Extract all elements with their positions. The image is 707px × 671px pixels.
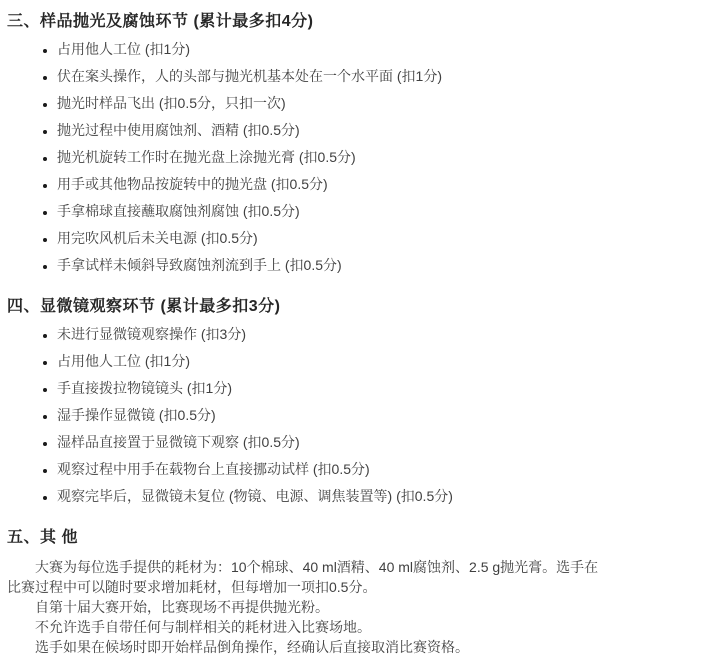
list-item: 观察完毕后，显微镜未复位 (物镜、电源、调焦装置等) (扣0.5分) <box>57 488 705 504</box>
section-polishing-heading: 三、样品抛光及腐蚀环节 (累计最多扣4分) <box>7 11 705 32</box>
list-item: 占用他人工位 (扣1分) <box>57 353 705 369</box>
section-other-heading: 五、其 他 <box>7 527 705 548</box>
other-paragraphs: 大赛为每位选手提供的耗材为：10个棉球、40 ml酒精、40 ml腐蚀剂、2.5… <box>7 557 705 657</box>
list-item: 手拿棉球直接蘸取腐蚀剂腐蚀 (扣0.5分) <box>57 203 705 219</box>
section-microscope-heading: 四、显微镜观察环节 (累计最多扣3分) <box>7 296 705 317</box>
microscope-rule-list: 未进行显微镜观察操作 (扣3分) 占用他人工位 (扣1分) 手直接拨拉物镜镜头 … <box>7 326 705 504</box>
list-item: 湿手操作显微镜 (扣0.5分) <box>57 407 705 423</box>
list-item: 用手或其他物品按旋转中的抛光盘 (扣0.5分) <box>57 176 705 192</box>
paragraph-line: 不允许选手自带任何与制样相关的耗材进入比赛场地。 <box>7 617 705 637</box>
list-item: 抛光过程中使用腐蚀剂、酒精 (扣0.5分) <box>57 122 705 138</box>
list-item: 手直接拨拉物镜镜头 (扣1分) <box>57 380 705 396</box>
paragraph-line: 自第十届大赛开始，比赛现场不再提供抛光粉。 <box>7 597 705 617</box>
list-item: 占用他人工位 (扣1分) <box>57 41 705 57</box>
list-item: 观察过程中用手在载物台上直接挪动试样 (扣0.5分) <box>57 461 705 477</box>
section-polishing-etching: 三、样品抛光及腐蚀环节 (累计最多扣4分) 占用他人工位 (扣1分) 伏在案头操… <box>7 11 705 273</box>
list-item: 用完吹风机后未关电源 (扣0.5分) <box>57 230 705 246</box>
section-other: 五、其 他 大赛为每位选手提供的耗材为：10个棉球、40 ml酒精、40 ml腐… <box>7 527 705 657</box>
paragraph-line: 选手如果在候场时即开始样品倒角操作，经确认后直接取消比赛资格。 <box>7 637 705 657</box>
list-item: 抛光时样品飞出 (扣0.5分，只扣一次) <box>57 95 705 111</box>
list-item: 湿样品直接置于显微镜下观察 (扣0.5分) <box>57 434 705 450</box>
paragraph-line: 比赛过程中可以随时要求增加耗材，但每增加一项扣0.5分。 <box>7 577 705 597</box>
rules-document: 三、样品抛光及腐蚀环节 (累计最多扣4分) 占用他人工位 (扣1分) 伏在案头操… <box>7 11 705 657</box>
list-item: 未进行显微镜观察操作 (扣3分) <box>57 326 705 342</box>
polishing-rule-list: 占用他人工位 (扣1分) 伏在案头操作，人的头部与抛光机基本处在一个水平面 (扣… <box>7 41 705 273</box>
list-item: 手拿试样未倾斜导致腐蚀剂流到手上 (扣0.5分) <box>57 257 705 273</box>
list-item: 伏在案头操作，人的头部与抛光机基本处在一个水平面 (扣1分) <box>57 68 705 84</box>
list-item: 抛光机旋转工作时在抛光盘上涂抛光膏 (扣0.5分) <box>57 149 705 165</box>
paragraph-line: 大赛为每位选手提供的耗材为：10个棉球、40 ml酒精、40 ml腐蚀剂、2.5… <box>7 557 705 577</box>
section-microscope-observation: 四、显微镜观察环节 (累计最多扣3分) 未进行显微镜观察操作 (扣3分) 占用他… <box>7 296 705 504</box>
